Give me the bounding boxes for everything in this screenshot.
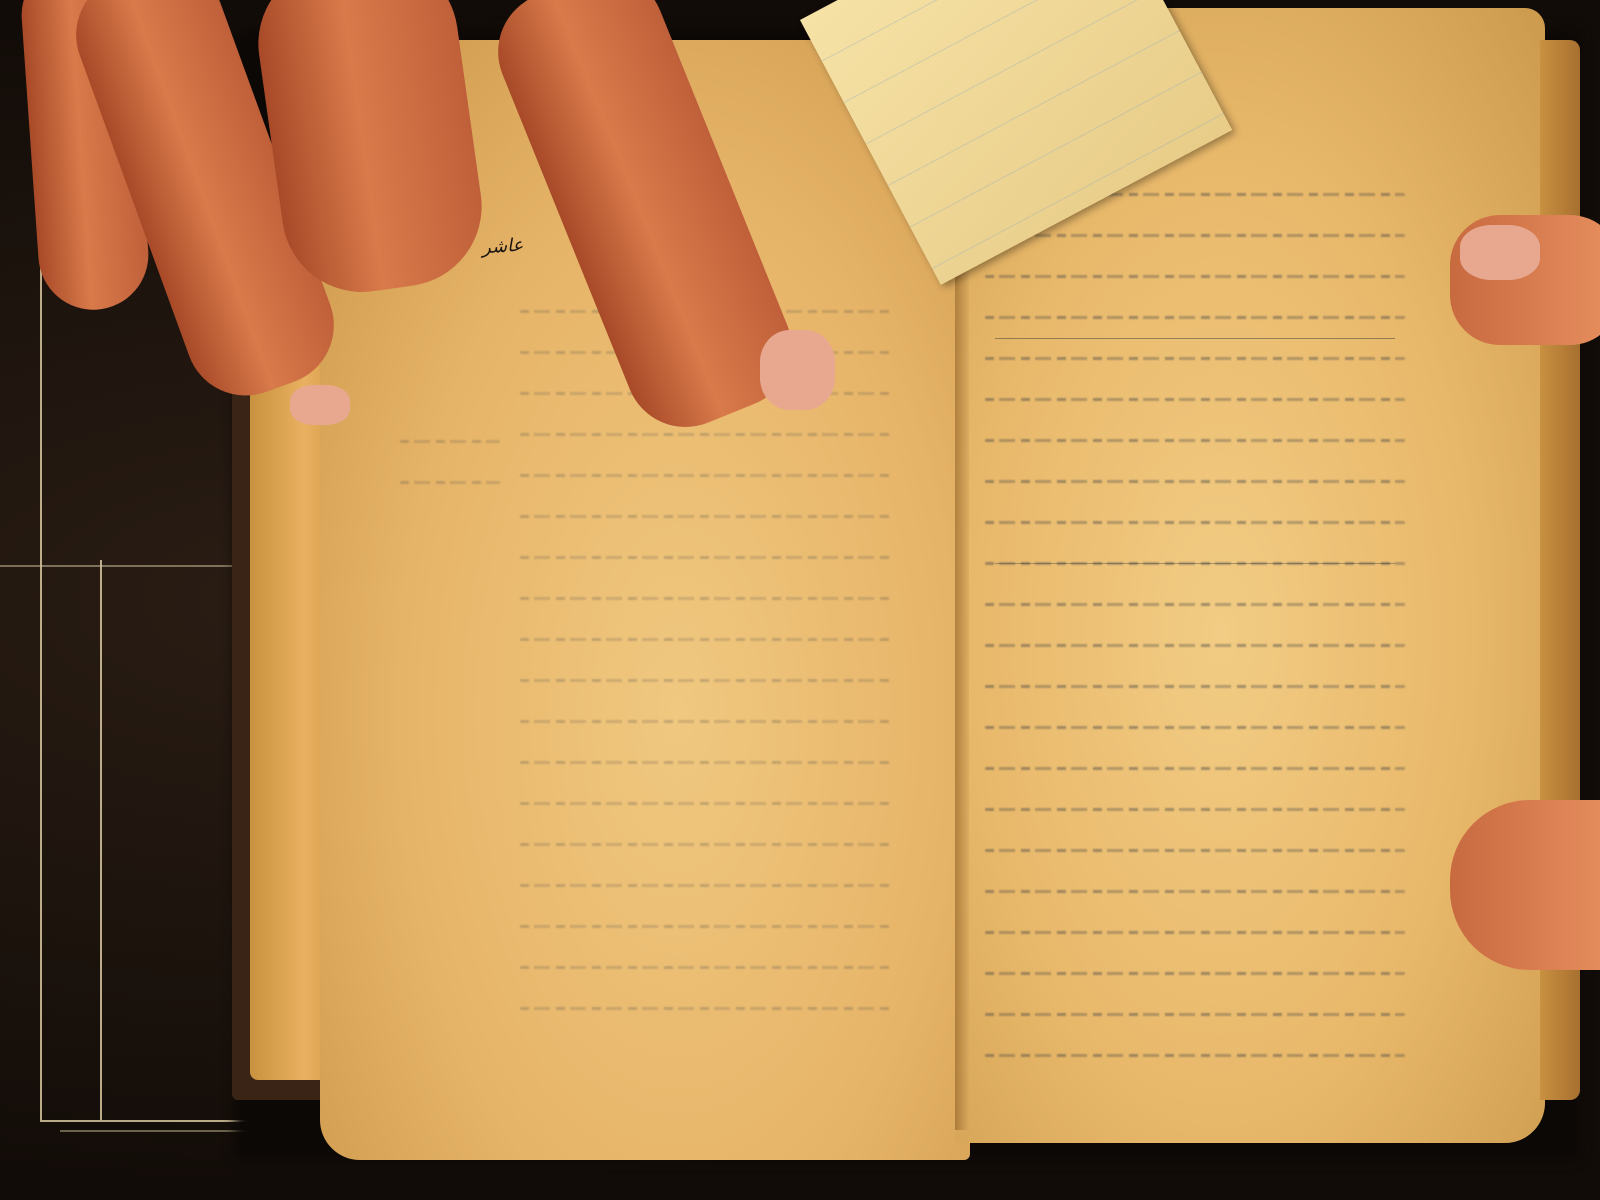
ruled-divider	[995, 338, 1395, 339]
mat-grid-line	[0, 565, 240, 567]
thumbnail	[1460, 225, 1540, 280]
right-page-text	[985, 193, 1405, 1095]
left-margin-text	[400, 440, 500, 522]
fingernail	[290, 385, 350, 425]
mat-grid-line	[40, 200, 42, 1120]
book-gutter	[955, 250, 969, 1130]
mat-grid-line	[100, 560, 102, 1120]
right-thumb-bottom	[1450, 800, 1600, 970]
marginal-note: ﻋﺎﺷﺮ	[481, 235, 524, 259]
ruled-divider	[995, 563, 1395, 564]
fingernail	[760, 330, 835, 410]
